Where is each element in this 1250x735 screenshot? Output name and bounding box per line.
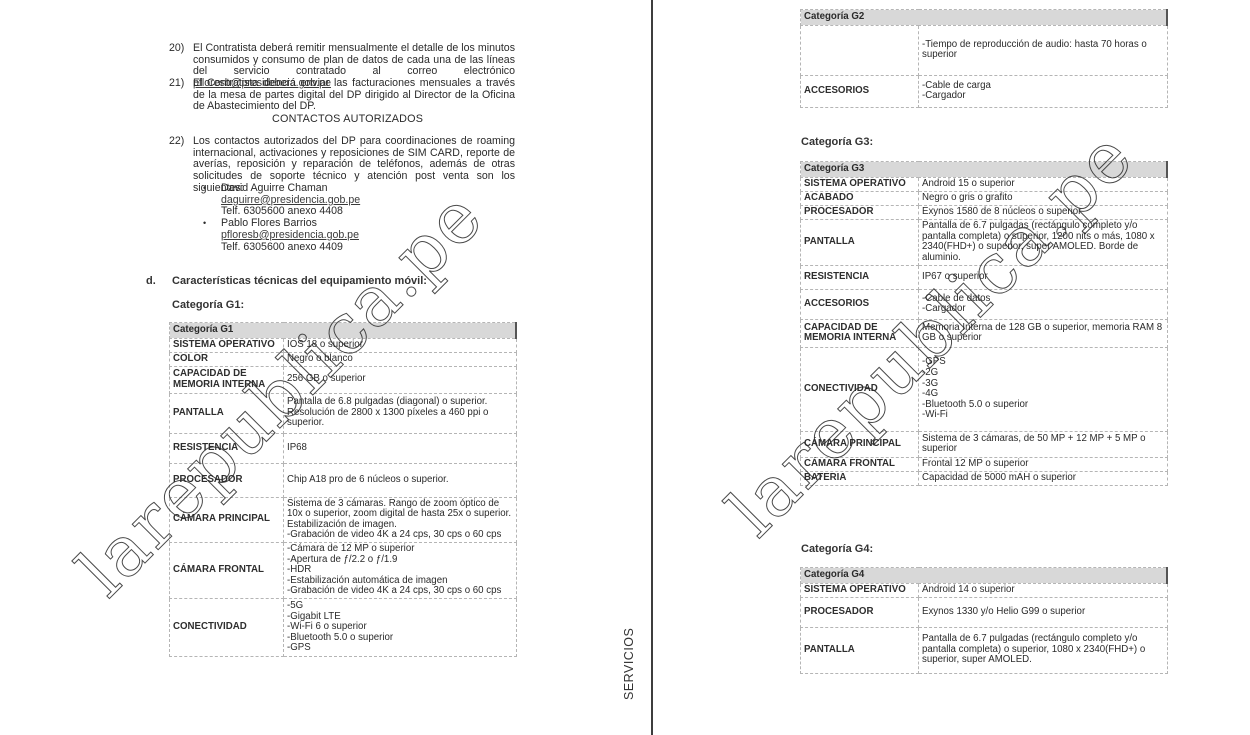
spec-label: PANTALLA <box>801 627 919 673</box>
spec-value: Android 15 o superior <box>919 177 1168 191</box>
spec-value: Pantalla de 6.8 pulgadas (diagonal) o su… <box>284 393 517 433</box>
clause-text: El Contratista deberá enviar las factura… <box>193 77 515 112</box>
table-header: Categoría G3 <box>801 162 1168 178</box>
right-page: Categoría G2-Tiempo de reproducción de a… <box>652 0 1250 735</box>
table-row: PROCESADORExynos 1580 de 8 núcleos o sup… <box>801 205 1168 219</box>
section-letter: d. <box>146 275 156 287</box>
table-row: SISTEMA OPERATIVOAndroid 15 o superior <box>801 177 1168 191</box>
g4-heading: Categoría G4: <box>801 543 873 555</box>
table-row: CAPACIDAD DE MEMORIA INTERNA256 GB o sup… <box>170 366 517 393</box>
spec-label: CAPACIDAD DE MEMORIA INTERNA <box>801 319 919 347</box>
table-row: CONECTIVIDAD-5G-Gigabit LTE-Wi-Fi 6 o su… <box>170 598 517 656</box>
spec-label: ACABADO <box>801 191 919 205</box>
g1-spec-table: Categoría G1SISTEMA OPERATIVOIOS 18 o su… <box>169 322 517 657</box>
spec-label: SISTEMA OPERATIVO <box>170 338 284 352</box>
spec-label: SISTEMA OPERATIVO <box>801 177 919 191</box>
spec-value: Memoria Interna de 128 GB o superior, me… <box>919 319 1168 347</box>
spec-label: PROCESADOR <box>801 597 919 627</box>
table-header-row: Categoría G4 <box>801 568 1168 584</box>
spec-value: Frontal 12 MP o superior <box>919 457 1168 471</box>
spec-label: ACCESORIOS <box>801 289 919 319</box>
spec-label: COLOR <box>170 352 284 366</box>
table-row: ACABADONegro o gris o grafito <box>801 191 1168 205</box>
spec-value: -Cable de carga-Cargador <box>919 75 1168 107</box>
spec-label: PANTALLA <box>801 219 919 265</box>
table-header: Categoría G1 <box>170 323 517 339</box>
spec-value: Sistema de 3 cámaras, de 50 MP + 12 MP +… <box>919 431 1168 457</box>
table-header-row: Categoría G1 <box>170 323 517 339</box>
spec-value: Android 14 o superior <box>919 583 1168 597</box>
table-header: Categoría G4 <box>801 568 1168 584</box>
spec-value: -5G-Gigabit LTE-Wi-Fi 6 o superior-Bluet… <box>284 598 517 656</box>
g3-spec-table: Categoría G3SISTEMA OPERATIVOAndroid 15 … <box>800 161 1168 486</box>
contact-phone: Telf. 6305600 anexo 4409 <box>221 242 360 254</box>
contacts-title: CONTACTOS AUTORIZADOS <box>272 113 423 125</box>
spec-label: RESISTENCIA <box>801 265 919 289</box>
table-row: PANTALLAPantalla de 6.8 pulgadas (diagon… <box>170 393 517 433</box>
spec-value: Exynos 1330 y/o Helio G99 o superior <box>919 597 1168 627</box>
spec-value: -GPS-2G-3G-4G-Bluetooth 5.0 o superior-W… <box>919 347 1168 431</box>
clause-number: 21) <box>169 78 184 90</box>
table-row: CAPACIDAD DE MEMORIA INTERNAMemoria Inte… <box>801 319 1168 347</box>
spec-value: 256 GB o superior <box>284 366 517 393</box>
spec-label: CONECTIVIDAD <box>801 347 919 431</box>
spec-label: BATERIA <box>801 471 919 485</box>
table-row: BATERIACapacidad de 5000 mAH o superior <box>801 471 1168 485</box>
spec-label: PROCESADOR <box>170 463 284 497</box>
spec-value: IP68 <box>284 433 517 463</box>
spec-label: CÁMARA PRINCIPAL <box>170 497 284 542</box>
table-row: CÁMARA PRINCIPALSistema de 3 cámaras. Ra… <box>170 497 517 542</box>
spec-value: Capacidad de 5000 mAH o superior <box>919 471 1168 485</box>
g2-spec-table: Categoría G2-Tiempo de reproducción de a… <box>800 9 1168 108</box>
spec-value: Sistema de 3 cámaras. Rango de zoom ópti… <box>284 497 517 542</box>
table-row: CÁMARA FRONTALFrontal 12 MP o superior <box>801 457 1168 471</box>
table-header-row: Categoría G2 <box>801 10 1168 26</box>
table-row: PANTALLAPantalla de 6.7 pulgadas (rectán… <box>801 219 1168 265</box>
spec-label: CÁMARA PRINCIPAL <box>801 431 919 457</box>
table-row: SISTEMA OPERATIVOAndroid 14 o superior <box>801 583 1168 597</box>
table-row: RESISTENCIAIP67 o superior <box>801 265 1168 289</box>
table-row: RESISTENCIAIP68 <box>170 433 517 463</box>
spec-value: Pantalla de 6.7 pulgadas (rectángulo com… <box>919 219 1168 265</box>
table-row: PROCESADORExynos 1330 y/o Helio G99 o su… <box>801 597 1168 627</box>
spec-label: CÁMARA FRONTAL <box>170 542 284 598</box>
side-label: SERVICIOS <box>622 628 636 700</box>
contact-item: David Aguirre Chaman daguirre@presidenci… <box>203 183 360 218</box>
spec-value: Chip A18 pro de 6 núcleos o superior. <box>284 463 517 497</box>
table-row: PANTALLAPantalla de 6.7 pulgadas (rectán… <box>801 627 1168 673</box>
g4-spec-table: Categoría G4SISTEMA OPERATIVOAndroid 14 … <box>800 567 1168 674</box>
spec-label: RESISTENCIA <box>170 433 284 463</box>
contacts-list: David Aguirre Chaman daguirre@presidenci… <box>203 183 360 253</box>
contact-item: Pablo Flores Barrios pfloresb@presidenci… <box>203 218 360 253</box>
spec-label: CAPACIDAD DE MEMORIA INTERNA <box>170 366 284 393</box>
spec-label: PROCESADOR <box>801 205 919 219</box>
section-heading: d. Características técnicas del equipami… <box>172 275 427 287</box>
spec-value: Negro o gris o grafito <box>919 191 1168 205</box>
contact-name: David Aguirre Chaman <box>221 183 360 195</box>
clause-number: 20) <box>169 43 184 55</box>
clause-21: 21) El Contratista deberá enviar las fac… <box>193 78 515 113</box>
table-row: SISTEMA OPERATIVOIOS 18 o superior <box>170 338 517 352</box>
table-row: PROCESADORChip A18 pro de 6 núcleos o su… <box>170 463 517 497</box>
spec-label: PANTALLA <box>170 393 284 433</box>
spec-label: ACCESORIOS <box>801 75 919 107</box>
table-row: COLORNegro o blanco <box>170 352 517 366</box>
table-row: CÁMARA FRONTAL-Cámara de 12 MP o superio… <box>170 542 517 598</box>
g3-heading: Categoría G3: <box>801 136 873 148</box>
spec-value: IOS 18 o superior <box>284 338 517 352</box>
table-row: -Tiempo de reproducción de audio: hasta … <box>801 25 1168 75</box>
left-page: 20) El Contratista deberá remitir mensua… <box>0 0 610 735</box>
table-header-row: Categoría G3 <box>801 162 1168 178</box>
clause-number: 22) <box>169 136 184 148</box>
spec-value: Pantalla de 6.7 pulgadas (rectángulo com… <box>919 627 1168 673</box>
spec-label: CÁMARA FRONTAL <box>801 457 919 471</box>
spec-label <box>801 25 919 75</box>
spec-value: -Cable de datos-Cargador <box>919 289 1168 319</box>
clause-text: El Contratista deberá remitir mensualmen… <box>193 42 515 77</box>
spec-value: -Cámara de 12 MP o superior-Apertura de … <box>284 542 517 598</box>
table-row: CÁMARA PRINCIPALSistema de 3 cámaras, de… <box>801 431 1168 457</box>
table-row: ACCESORIOS-Cable de carga-Cargador <box>801 75 1168 107</box>
contact-email[interactable]: pfloresb@presidencia.gob.pe <box>221 230 360 242</box>
spec-label: SISTEMA OPERATIVO <box>801 583 919 597</box>
table-row: ACCESORIOS-Cable de datos-Cargador <box>801 289 1168 319</box>
table-row: CONECTIVIDAD-GPS-2G-3G-4G-Bluetooth 5.0 … <box>801 347 1168 431</box>
g1-heading: Categoría G1: <box>172 299 244 311</box>
spec-value: Exynos 1580 de 8 núcleos o superior <box>919 205 1168 219</box>
spec-value: IP67 o superior <box>919 265 1168 289</box>
spec-label: CONECTIVIDAD <box>170 598 284 656</box>
section-title: Características técnicas del equipamient… <box>172 275 427 287</box>
table-header: Categoría G2 <box>801 10 1168 26</box>
spec-value: Negro o blanco <box>284 352 517 366</box>
spec-value: -Tiempo de reproducción de audio: hasta … <box>919 25 1168 75</box>
